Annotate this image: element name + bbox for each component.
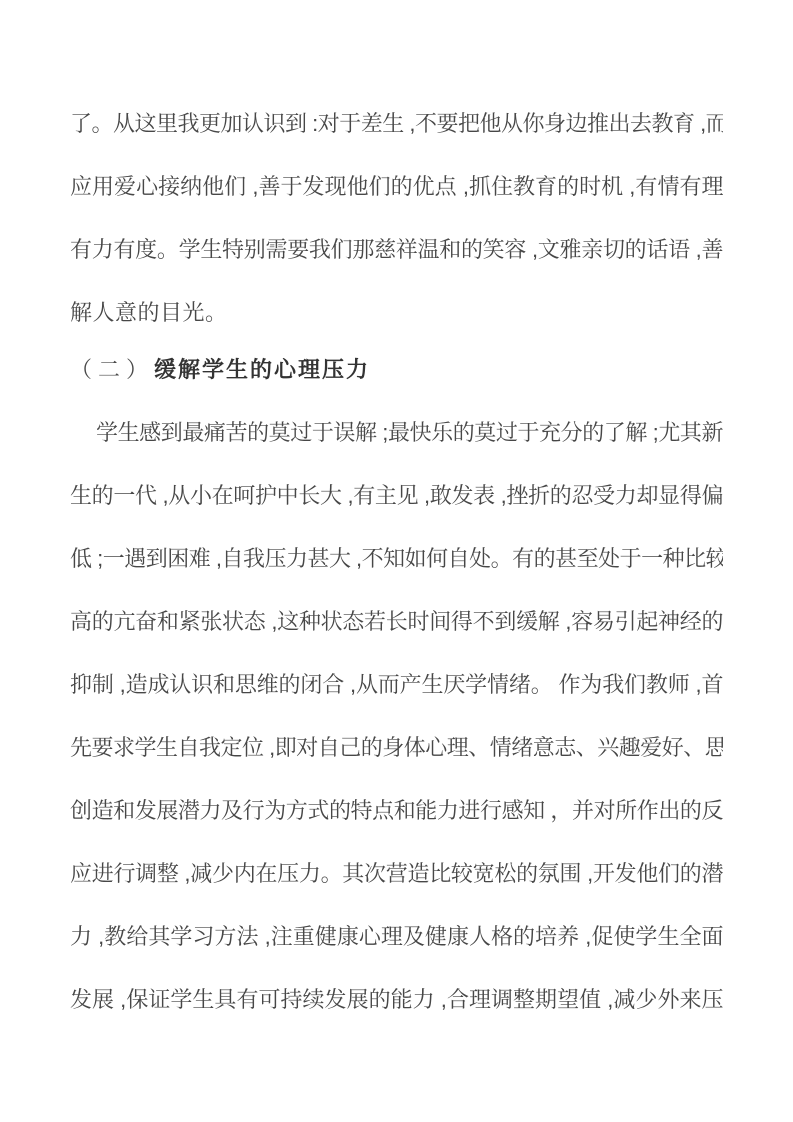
paragraph: 学生感到最痛苦的莫过于误解 ;最快乐的莫过于充分的了解 ;尤其新 生的一代 ,从…: [70, 401, 723, 1031]
heading-prefix: （二）: [70, 357, 154, 382]
text-line: 抑制 ,造成认识和思维的闭合 ,从而产生厌学情绪。 作为我们教师 ,首: [70, 653, 723, 716]
text-line: 应用爱心接纳他们 ,善于发现他们的优点 ,抓住教育的时机 ,有情有理: [70, 155, 723, 218]
text-line: 学生感到最痛苦的莫过于误解 ;最快乐的莫过于充分的了解 ;尤其新: [70, 401, 723, 464]
heading-title: 缓解学生的心理压力: [154, 357, 370, 382]
text-line: 解人意的目光。: [70, 281, 723, 344]
text-line: 力 ,教给其学习方法 ,注重健康心理及健康人格的培养 ,促使学生全面: [70, 905, 723, 968]
document-text-block: 了。从这里我更加认识到 :对于差生 ,不要把他从你身边推出去教育 ,而 应用爱心…: [70, 92, 723, 1031]
text-line: 了。从这里我更加认识到 :对于差生 ,不要把他从你身边推出去教育 ,而: [70, 92, 723, 155]
text-line: 生的一代 ,从小在呵护中长大 ,有主见 ,敢发表 ,挫折的忍受力却显得偏: [70, 464, 723, 527]
text-line: 高的亢奋和紧张状态 ,这种状态若长时间得不到缓解 ,容易引起神经的: [70, 590, 723, 653]
text-line: 发展 ,保证学生具有可持续发展的能力 ,合理调整期望值 ,减少外来压: [70, 968, 723, 1031]
text-line: 有力有度。学生特别需要我们那慈祥温和的笑容 ,文雅亲切的话语 ,善: [70, 218, 723, 281]
text-line: 低 ;一遇到困难 ,自我压力甚大 ,不知如何自处。有的甚至处于一种比较: [70, 527, 723, 590]
paragraph: 了。从这里我更加认识到 :对于差生 ,不要把他从你身边推出去教育 ,而 应用爱心…: [70, 92, 723, 344]
section-heading: （二）缓解学生的心理压力: [70, 338, 723, 401]
text-line: 应进行调整 ,减少内在压力。其次营造比较宽松的氛围 ,开发他们的潜: [70, 842, 723, 905]
text-line: 先要求学生自我定位 ,即对自己的身体心理、情绪意志、兴趣爱好、思维: [70, 716, 723, 779]
document-page: 了。从这里我更加认识到 :对于差生 ,不要把他从你身边推出去教育 ,而 应用爱心…: [0, 0, 793, 1122]
text-line: 创造和发展潜力及行为方式的特点和能力进行感知 ，并对所作出的反: [70, 779, 723, 842]
